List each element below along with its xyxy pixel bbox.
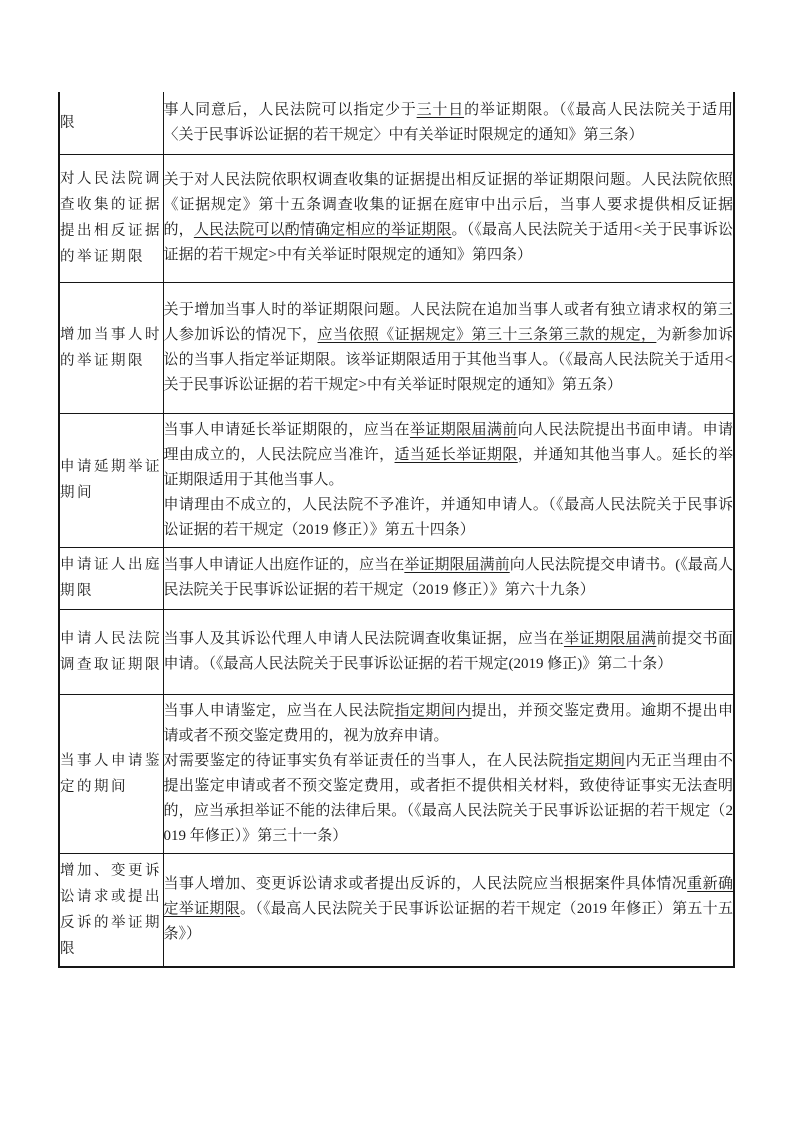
row-content: 关于增加当事人时的举证期限问题。人民法院在追加当事人或者有独立请求权的第三人参加…	[163, 282, 733, 413]
underlined-text: 举证期限届满前	[410, 422, 518, 438]
underlined-text: 三十日	[417, 102, 464, 118]
text-segment: 当事人申请证人出庭作证的，应当在	[164, 557, 405, 573]
paragraph: 当事人申请鉴定，应当在人民法院指定期间内提出，并预交鉴定费用。逾期不提出申请或者…	[164, 699, 734, 749]
row-content: 当事人申请证人出庭作证的，应当在举证期限届满前向人民法院提交申请书。(《最高人民…	[163, 547, 733, 609]
row-label: 限	[60, 92, 163, 154]
paragraph: 当事人申请延长举证期限的，应当在举证期限届满前向人民法院提出书面申请。申请理由成…	[164, 418, 734, 493]
table-body: 限事人同意后，人民法院可以指定少于三十日的举证期限。（《最高人民法院关于适用〈关…	[60, 92, 733, 966]
row-label: 增加、变更诉讼请求或提出反诉的举证期限	[60, 853, 163, 966]
table-row: 增加、变更诉讼请求或提出反诉的举证期限当事人增加、变更诉讼请求或者提出反诉的，人…	[60, 853, 733, 966]
table-row: 对人民法院调查收集的证据提出相反证据的举证期限关于对人民法院依职权调查收集的证据…	[60, 154, 733, 282]
underlined-text: 举证期限届满	[564, 631, 656, 647]
law-table: 限事人同意后，人民法院可以指定少于三十日的举证期限。（《最高人民法院关于适用〈关…	[60, 92, 733, 966]
row-content: 关于对人民法院依职权调查收集的证据提出相反证据的举证期限问题。人民法院依照《证据…	[163, 154, 733, 282]
underlined-text: 应当依照《证据规定》第三十三条第三款的规定，	[318, 327, 657, 343]
text-segment: 当事人申请延长举证期限的，应当在	[164, 422, 410, 438]
row-label: 对人民法院调查收集的证据提出相反证据的举证期限	[60, 154, 163, 282]
row-content: 当事人申请延长举证期限的，应当在举证期限届满前向人民法院提出书面申请。申请理由成…	[163, 413, 733, 547]
row-content: 当事人及其诉讼代理人申请人民法院调查收集证据，应当在举证期限届满前提交书面申请。…	[163, 609, 733, 694]
text-segment: 。（《最高人民法院关于民事诉讼证据的若干规定（2019 年修正）第五十五条》）	[164, 901, 733, 942]
underlined-text: 适当延长举证期限	[395, 447, 518, 463]
table-row: 增加当事人时的举证期限关于增加当事人时的举证期限问题。人民法院在追加当事人或者有…	[60, 282, 733, 413]
row-content: 当事人增加、变更诉讼请求或者提出反诉的，人民法院应当根据案件具体情况重新确定举证…	[163, 853, 733, 966]
text-segment: 当事人增加、变更诉讼请求或者提出反诉的，人民法院应当根据案件具体情况	[164, 876, 688, 892]
table-row: 申请证人出庭期限当事人申请证人出庭作证的，应当在举证期限届满前向人民法院提交申请…	[60, 547, 733, 609]
underlined-text: 举证期限届满前	[404, 557, 509, 573]
table-row: 申请人民法院调查取证期限当事人及其诉讼代理人申请人民法院调查收集证据，应当在举证…	[60, 609, 733, 694]
paragraph: 当事人申请证人出庭作证的，应当在举证期限届满前向人民法院提交申请书。(《最高人民…	[164, 553, 734, 603]
paragraph: 当事人增加、变更诉讼请求或者提出反诉的，人民法院应当根据案件具体情况重新确定举证…	[164, 872, 734, 947]
table-row: 限事人同意后，人民法院可以指定少于三十日的举证期限。（《最高人民法院关于适用〈关…	[60, 92, 733, 154]
table-row: 当事人申请鉴定的期间当事人申请鉴定，应当在人民法院指定期间内提出，并预交鉴定费用…	[60, 694, 733, 853]
text-segment: 事人同意后，人民法院可以指定少于	[164, 102, 417, 118]
paragraph: 事人同意后，人民法院可以指定少于三十日的举证期限。（《最高人民法院关于适用〈关于…	[164, 98, 734, 148]
text-segment: 对需要鉴定的待证事实负有举证责任的当事人，在人民法院	[164, 753, 564, 769]
text-segment: 当事人及其诉讼代理人申请人民法院调查收集证据，应当在	[164, 631, 564, 647]
text-segment: 申请理由不成立的，人民法院不予准许，并通知申请人。（《最高人民法院关于民事诉讼证…	[164, 497, 734, 538]
paragraph: 申请理由不成立的，人民法院不予准许，并通知申请人。（《最高人民法院关于民事诉讼证…	[164, 493, 734, 543]
paragraph: 当事人及其诉讼代理人申请人民法院调查收集证据，应当在举证期限届满前提交书面申请。…	[164, 627, 734, 677]
paragraph: 关于增加当事人时的举证期限问题。人民法院在追加当事人或者有独立请求权的第三人参加…	[164, 298, 734, 398]
row-content: 当事人申请鉴定，应当在人民法院指定期间内提出，并预交鉴定费用。逾期不提出申请或者…	[163, 694, 733, 853]
row-label: 增加当事人时的举证期限	[60, 282, 163, 413]
underlined-text: 指定期间	[564, 753, 626, 769]
row-label: 当事人申请鉴定的期间	[60, 694, 163, 853]
underlined-text: 人民法院可以酌情确定相应的举证期限	[194, 222, 452, 238]
row-content: 事人同意后，人民法院可以指定少于三十日的举证期限。（《最高人民法院关于适用〈关于…	[163, 92, 733, 154]
row-label: 申请延期举证期间	[60, 413, 163, 547]
table-row: 申请延期举证期间当事人申请延长举证期限的，应当在举证期限届满前向人民法院提出书面…	[60, 413, 733, 547]
paragraph: 对需要鉴定的待证事实负有举证责任的当事人，在人民法院指定期间内无正当理由不提出鉴…	[164, 749, 734, 849]
evidence-period-table: 限事人同意后，人民法院可以指定少于三十日的举证期限。（《最高人民法院关于适用〈关…	[58, 92, 735, 968]
paragraph: 关于对人民法院依职权调查收集的证据提出相反证据的举证期限问题。人民法院依照《证据…	[164, 168, 734, 268]
text-segment: 当事人申请鉴定，应当在人民法院	[164, 703, 395, 719]
document-page: 限事人同意后，人民法院可以指定少于三十日的举证期限。（《最高人民法院关于适用〈关…	[0, 0, 793, 1122]
row-label: 申请证人出庭期限	[60, 547, 163, 609]
underlined-text: 指定期间内	[395, 703, 472, 719]
row-label: 申请人民法院调查取证期限	[60, 609, 163, 694]
